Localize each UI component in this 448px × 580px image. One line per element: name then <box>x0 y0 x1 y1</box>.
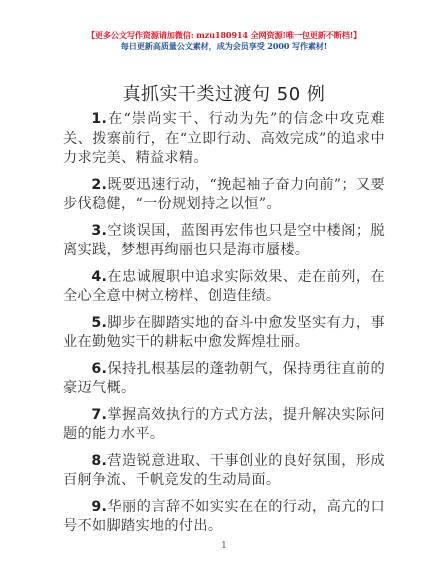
paragraph-6: 6.保持扎根基层的蓬勃朝气，保持勇往直前的豪迈气概。 <box>63 360 385 399</box>
paragraph-7: 7.掌握高效执行的方式方法，提升解决实际问题的能力水平。 <box>63 406 385 445</box>
paragraph-number: 4. <box>91 269 107 285</box>
paragraph-number: 5. <box>91 315 107 331</box>
paragraph-number: 8. <box>91 453 107 469</box>
paragraph-1: 1.在“崇尚实干、行动为先”的信念中攻克难关、拨寨前行，在“立即行动、高效完成”… <box>63 110 385 169</box>
document-page: 【更多公文写作资源请加微信: mzu180914 全网资源!唯一包更新不断档!】… <box>0 0 448 580</box>
paragraph-8: 8.营造锐意进取、干事创业的良好氛围，形成百舸争流、千帆竞发的生动局面。 <box>63 452 385 491</box>
promo-banner-line-1: 【更多公文写作资源请加微信: mzu180914 全网资源!唯一包更新不断档!】 <box>0 30 448 41</box>
document-title: 真抓实干类过渡句 50 例 <box>0 80 448 106</box>
paragraph-number: 9. <box>91 499 107 515</box>
promo-banner-line-2: 每日更新高质量公文素材，成为会员享受 2000 写作素材! <box>0 41 448 52</box>
paragraph-text: 脚步在脚踏实地的奋斗中愈发坚实有力，事业在勤勉实干的耕耘中愈发辉煌壮丽。 <box>63 315 385 351</box>
paragraph-text: 空谈误国，蓝图再宏伟也只是空中楼阁；脱离实践，梦想再绚丽也只是海市蜃楼。 <box>63 223 385 259</box>
paragraph-4: 4.在忠诚履职中追求实际效果、走在前列，在全心全意中树立榜样、创造佳绩。 <box>63 268 385 307</box>
paragraph-number: 6. <box>91 361 107 377</box>
paragraph-5: 5.脚步在脚踏实地的奋斗中愈发坚实有力，事业在勤勉实干的耕耘中愈发辉煌壮丽。 <box>63 314 385 353</box>
paragraph-2: 2.既要迅速行动，“挽起袖子奋力向前”；又要步伐稳健，“一份规划持之以恒”。 <box>63 176 385 215</box>
paragraph-text: 在忠诚履职中追求实际效果、走在前列，在全心全意中树立榜样、创造佳绩。 <box>63 269 385 305</box>
document-body: 1.在“崇尚实干、行动为先”的信念中攻克难关、拨寨前行，在“立即行动、高效完成”… <box>63 110 385 544</box>
paragraph-9: 9.华丽的言辞不如实实在在的行动，高亢的口号不如脚踏实地的付出。 <box>63 498 385 537</box>
paragraph-number: 2. <box>91 177 107 193</box>
paragraph-text: 掌握高效执行的方式方法，提升解决实际问题的能力水平。 <box>63 407 385 443</box>
page-number: 1 <box>0 541 448 551</box>
paragraph-3: 3.空谈误国，蓝图再宏伟也只是空中楼阁；脱离实践，梦想再绚丽也只是海市蜃楼。 <box>63 222 385 261</box>
paragraph-text: 在“崇尚实干、行动为先”的信念中攻克难关、拨寨前行，在“立即行动、高效完成”的追… <box>63 111 385 166</box>
paragraph-number: 1. <box>91 111 107 127</box>
paragraph-text: 既要迅速行动，“挽起袖子奋力向前”；又要步伐稳健，“一份规划持之以恒”。 <box>63 177 385 213</box>
paragraph-text: 华丽的言辞不如实实在在的行动，高亢的口号不如脚踏实地的付出。 <box>63 499 385 535</box>
paragraph-text: 保持扎根基层的蓬勃朝气，保持勇往直前的豪迈气概。 <box>63 361 385 397</box>
paragraph-number: 7. <box>91 407 107 423</box>
paragraph-number: 3. <box>91 223 107 239</box>
paragraph-text: 营造锐意进取、干事创业的良好氛围，形成百舸争流、千帆竞发的生动局面。 <box>63 453 385 489</box>
